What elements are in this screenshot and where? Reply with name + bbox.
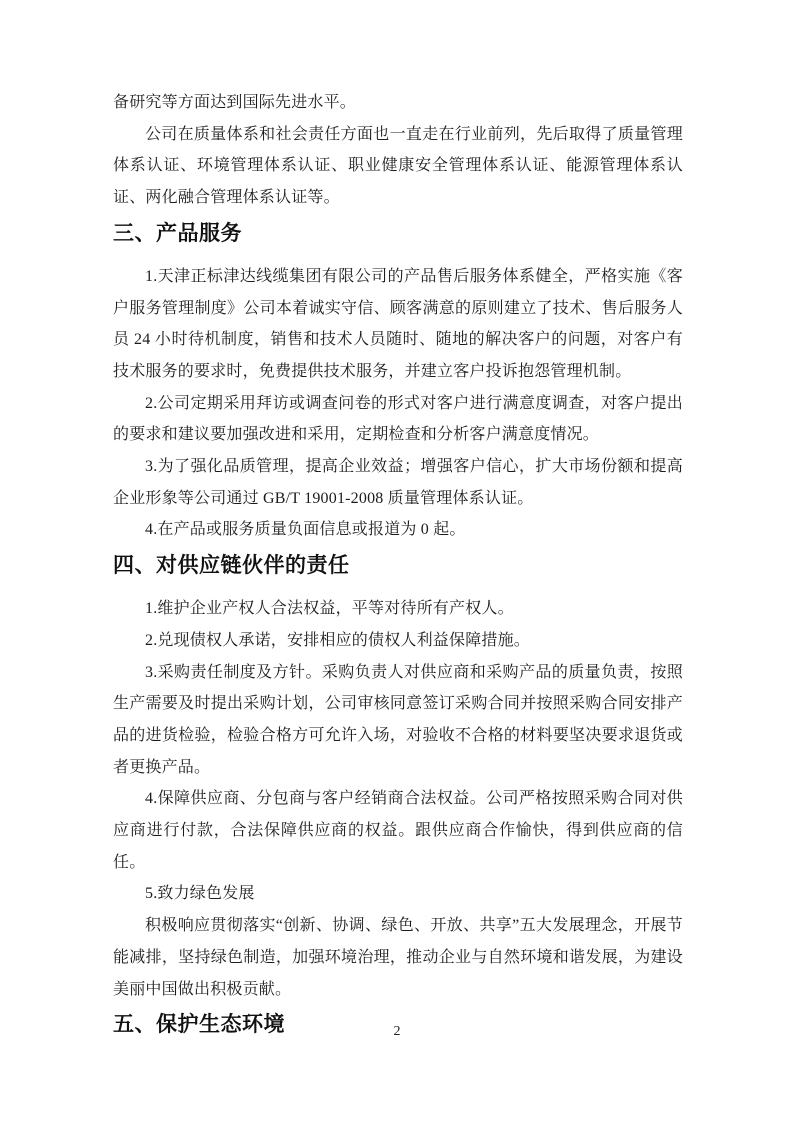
- paragraph: 2.兑现债权人承诺，安排相应的债权人利益保障措施。: [113, 625, 683, 657]
- paragraph: 积极响应贯彻落实“创新、协调、绿色、开放、共享”五大发展理念，开展节能减排，坚持…: [113, 910, 683, 1005]
- paragraph: 2.公司定期采用拜访或调查问卷的形式对客户进行满意度调查，对客户提出的要求和建议…: [113, 388, 683, 451]
- paragraph: 1.维护企业产权人合法权益，平等对待所有产权人。: [113, 593, 683, 625]
- paragraph-continuation: 备研究等方面达到国际先进水平。: [113, 87, 683, 119]
- section-heading-supply-chain: 四、对供应链伙伴的责任: [113, 550, 683, 581]
- section-heading-products-services: 三、产品服务: [113, 218, 683, 249]
- paragraph: 3.采购责任制度及方针。采购负责人对供应商和采购产品的质量负责，按照生产需要及时…: [113, 657, 683, 784]
- paragraph: 5.致力绿色发展: [113, 878, 683, 910]
- paragraph: 3.为了强化品质管理，提高企业效益；增强客户信心，扩大市场份额和提高企业形象等公…: [113, 451, 683, 514]
- paragraph: 4.保障供应商、分包商与客户经销商合法权益。公司严格按照采购合同对供应商进行付款…: [113, 783, 683, 878]
- paragraph: 公司在质量体系和社会责任方面也一直走在行业前列，先后取得了质量管理体系认证、环境…: [113, 119, 683, 214]
- document-page: 备研究等方面达到国际先进水平。 公司在质量体系和社会责任方面也一直走在行业前列，…: [0, 0, 794, 1123]
- paragraph: 4.在产品或服务质量负面信息或报道为 0 起。: [113, 514, 683, 546]
- page-number: 2: [0, 1024, 794, 1040]
- document-body: 备研究等方面达到国际先进水平。 公司在质量体系和社会责任方面也一直走在行业前列，…: [113, 87, 683, 1052]
- paragraph: 1.天津正标津达线缆集团有限公司的产品售后服务体系健全，严格实施《客户服务管理制…: [113, 261, 683, 388]
